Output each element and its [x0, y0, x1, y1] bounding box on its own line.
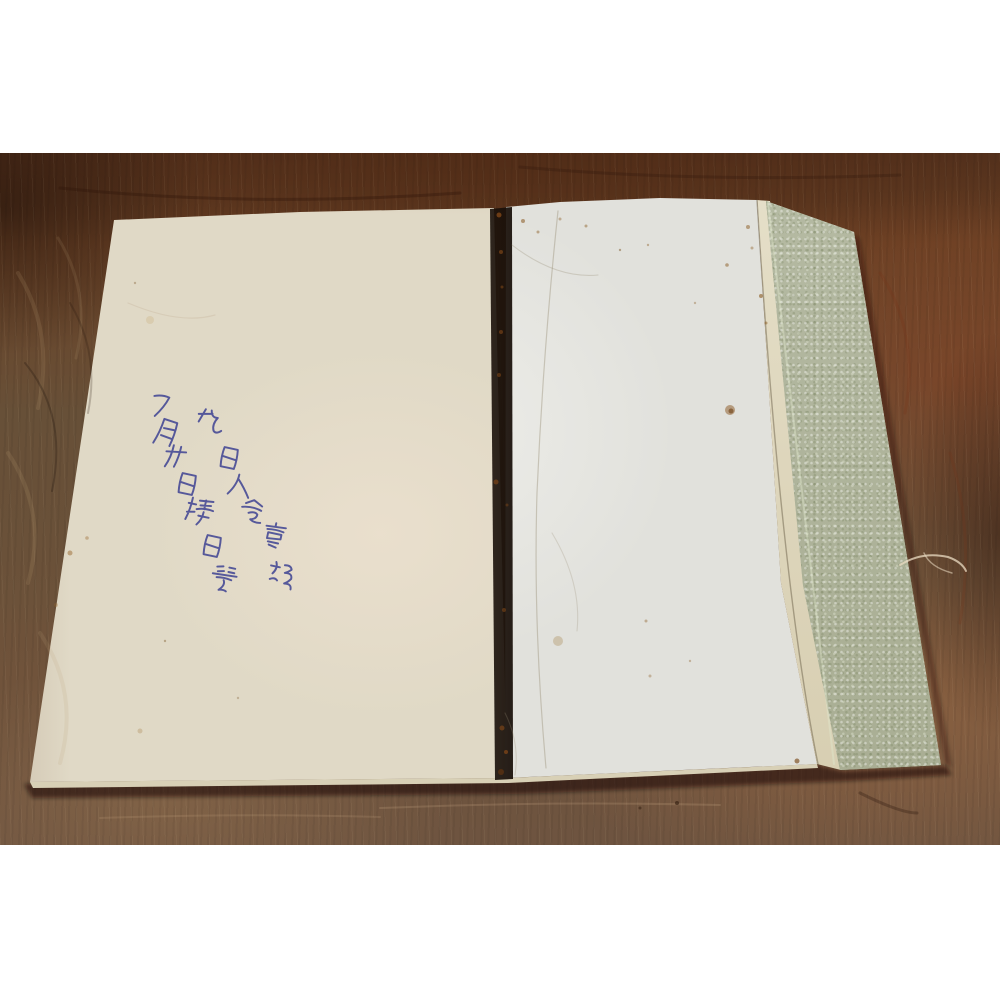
photo: 7月卄日擇日學 廿六日入宅實移 — [0, 153, 1000, 845]
